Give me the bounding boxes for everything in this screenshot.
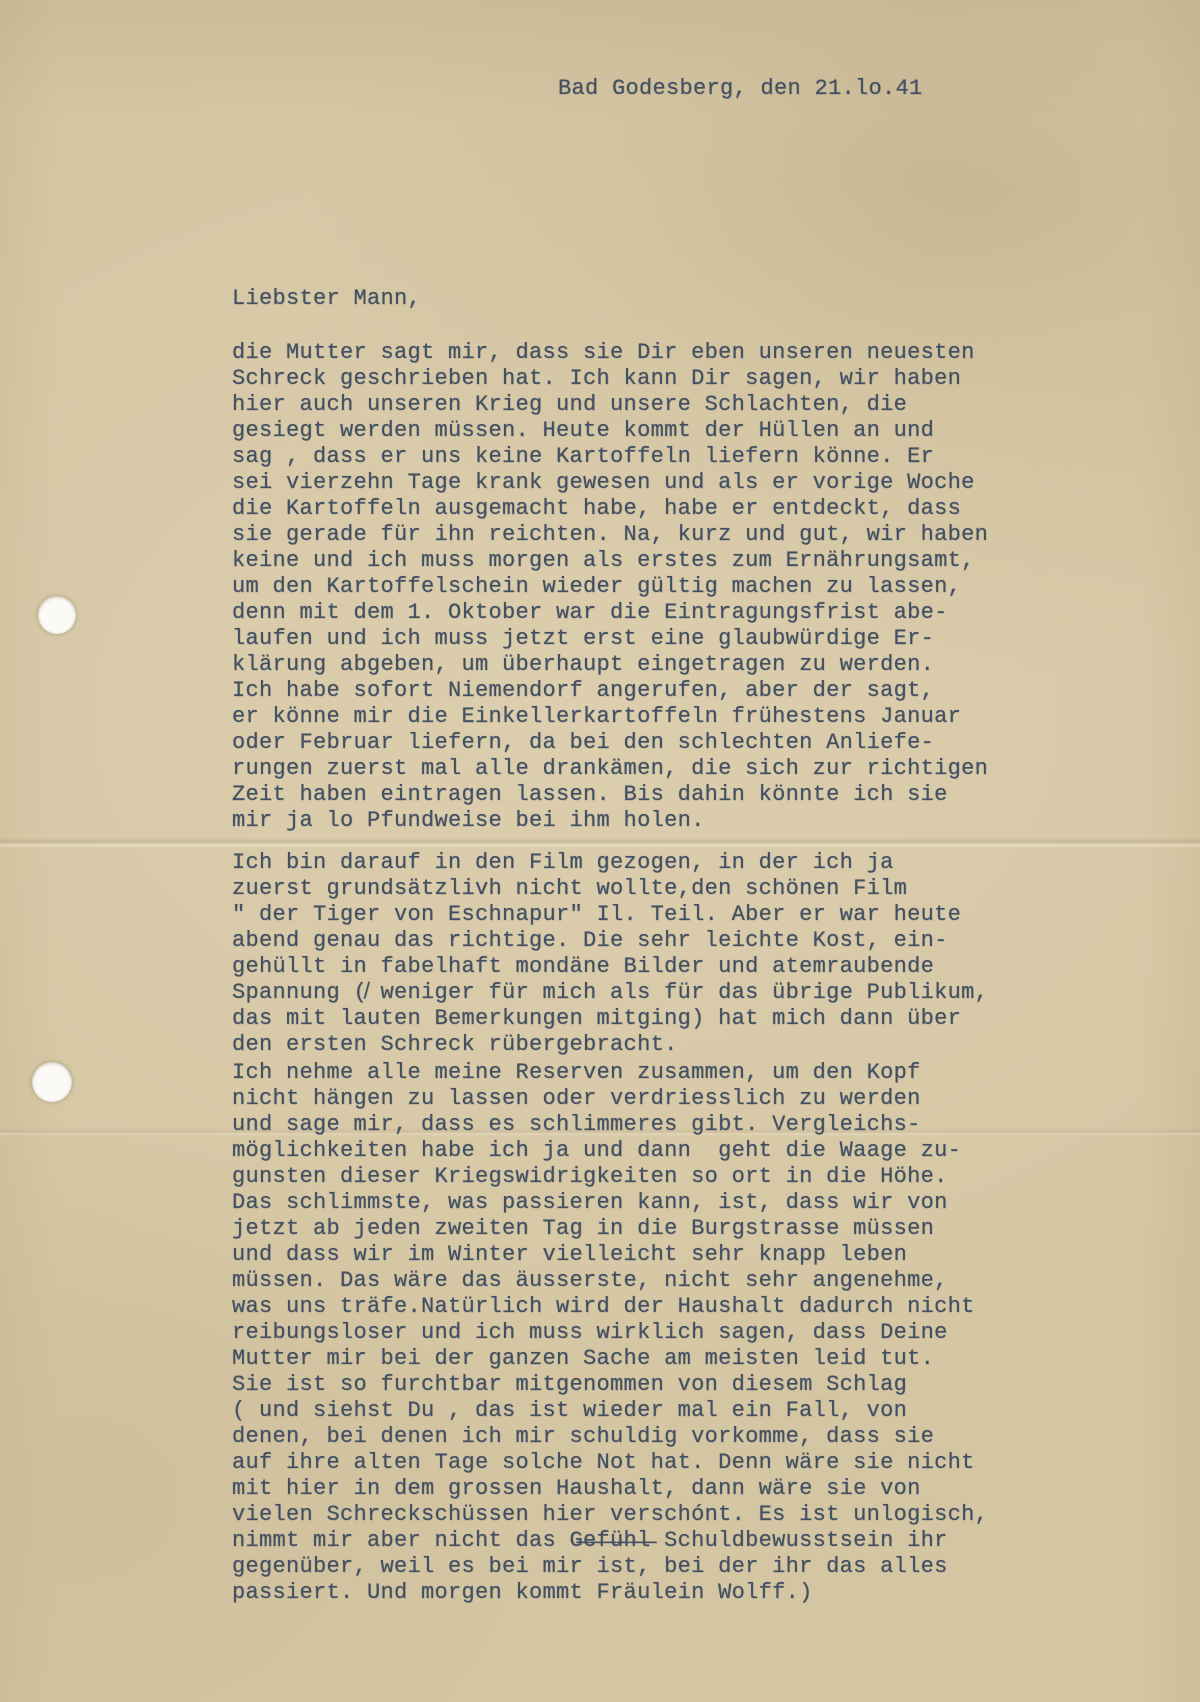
letter-line: gehüllt in fabelhaft mondäne Bilder und …: [232, 954, 988, 980]
salutation: Liebster Mann,: [232, 286, 421, 312]
letter-line: rungen zuerst mal alle drankämen, die si…: [232, 756, 988, 782]
letter-line: klärung abgeben, um überhaupt eingetrage…: [232, 652, 988, 678]
letter-line: jetzt ab jeden zweiten Tag in die Burgst…: [232, 1216, 988, 1242]
letter-line: abend genau das richtige. Die sehr leich…: [232, 928, 988, 954]
letter-line: laufen und ich muss jetzt erst eine glau…: [232, 626, 988, 652]
letter-page: Bad Godesberg, den 21.lo.41 Liebster Man…: [0, 0, 1200, 1702]
letter-line: Mutter mir bei der ganzen Sache am meist…: [232, 1346, 988, 1372]
letter-line: und dass wir im Winter vielleicht sehr k…: [232, 1242, 988, 1268]
letter-line: müssen. Das wäre das äusserste, nicht se…: [232, 1268, 988, 1294]
letter-line: vielen Schreckschüssen hier verschónt. E…: [232, 1502, 988, 1528]
letter-line: die Kartoffeln ausgemacht habe, habe er …: [232, 496, 988, 522]
letter-line: Ich nehme alle meine Reserven zusammen, …: [232, 1060, 988, 1086]
letter-line: oder Februar liefern, da bei den schlech…: [232, 730, 988, 756]
letter-line: " der Tiger von Eschnapur" Il. Teil. Abe…: [232, 902, 988, 928]
letter-line: mir ja lo Pfundweise bei ihm holen.: [232, 808, 988, 834]
letter-line: möglichkeiten habe ich ja und dann geht …: [232, 1138, 988, 1164]
letter-line: und sage mir, dass es schlimmeres gibt. …: [232, 1112, 988, 1138]
letter-line: sie gerade für ihn reichten. Na, kurz un…: [232, 522, 988, 548]
fold-crease-upper: [0, 838, 1200, 848]
letter-line: sag , dass er uns keine Kartoffeln liefe…: [232, 444, 988, 470]
letter-line: Zeit haben eintragen lassen. Bis dahin k…: [232, 782, 988, 808]
paragraph-1: die Mutter sagt mir, dass sie Dir eben u…: [232, 340, 988, 834]
letter-line: Ich habe sofort Niemendorf angerufen, ab…: [232, 678, 988, 704]
letter-line: ( und siehst Du , das ist wieder mal ein…: [232, 1398, 988, 1424]
letter-line: auf ihre alten Tage solche Not hat. Denn…: [232, 1450, 988, 1476]
letter-line: um den Kartoffelschein wieder gültig mac…: [232, 574, 988, 600]
punch-hole-bottom: [32, 1062, 72, 1102]
letter-line: Ich bin darauf in den Film gezogen, in d…: [232, 850, 988, 876]
letter-line: gesiegt werden müssen. Heute kommt der H…: [232, 418, 988, 444]
letter-line: den ersten Schreck rübergebracht.: [232, 1032, 988, 1058]
letter-line: mit hier in dem grossen Haushalt, dann w…: [232, 1476, 988, 1502]
letter-line: Spannung (̸ weniger für mich als für das…: [232, 980, 988, 1006]
punch-hole-top: [38, 596, 76, 634]
letter-line: hier auch unseren Krieg und unsere Schla…: [232, 392, 988, 418]
letter-line: Das schlimmste, was passieren kann, ist,…: [232, 1190, 988, 1216]
letter-line: das mit lauten Bemerkungen mitging) hat …: [232, 1006, 988, 1032]
letter-line: er könne mir die Einkellerkartoffeln frü…: [232, 704, 988, 730]
letter-line: keine und ich muss morgen als erstes zum…: [232, 548, 988, 574]
letter-line: Sie ist so furchtbar mitgenommen von die…: [232, 1372, 988, 1398]
letter-line: nimmt mir aber nicht das G̶e̶f̶ü̶h̶l̶ Sc…: [232, 1528, 988, 1554]
paragraph-3: Ich nehme alle meine Reserven zusammen, …: [232, 1060, 988, 1606]
letter-line: Schreck geschrieben hat. Ich kann Dir sa…: [232, 366, 988, 392]
letter-line: sei vierzehn Tage krank gewesen und als …: [232, 470, 988, 496]
letter-line: zuerst grundsätzlivh nicht wollte,den sc…: [232, 876, 988, 902]
letter-line: was uns träfe.Natürlich wird der Haushal…: [232, 1294, 988, 1320]
dateline: Bad Godesberg, den 21.lo.41: [558, 76, 923, 102]
letter-line: reibungsloser und ich muss wirklich sage…: [232, 1320, 988, 1346]
letter-line: denen, bei denen ich mir schuldig vorkom…: [232, 1424, 988, 1450]
letter-line: gegenüber, weil es bei mir ist, bei der …: [232, 1554, 988, 1580]
letter-line: gunsten dieser Kriegswidrigkeiten so ort…: [232, 1164, 988, 1190]
letter-line: passiert. Und morgen kommt Fräulein Wolf…: [232, 1580, 988, 1606]
letter-line: nicht hängen zu lassen oder verdriesslic…: [232, 1086, 988, 1112]
paragraph-2: Ich bin darauf in den Film gezogen, in d…: [232, 850, 988, 1058]
letter-line: die Mutter sagt mir, dass sie Dir eben u…: [232, 340, 988, 366]
letter-line: denn mit dem 1. Oktober war die Eintragu…: [232, 600, 988, 626]
